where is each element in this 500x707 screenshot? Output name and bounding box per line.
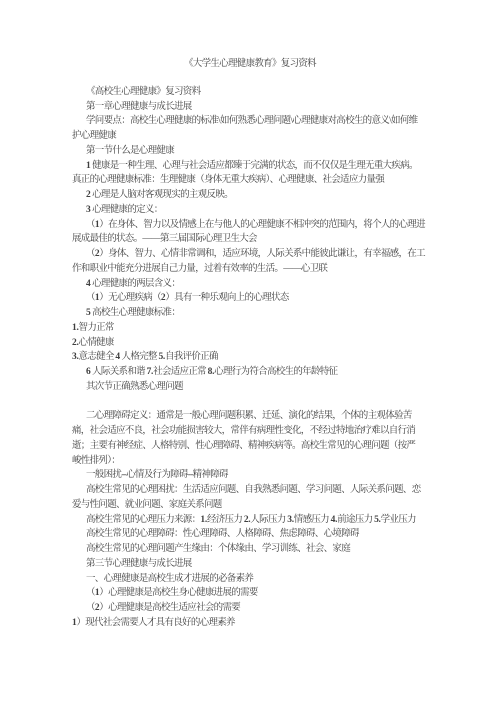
text-line: 峻性排列）： bbox=[72, 454, 438, 469]
text-line: 一般困扰--心情及行为障碍--精神障碍 bbox=[72, 468, 438, 483]
text-line: 第三节心理健康与成长进展 bbox=[72, 557, 438, 572]
text-line: 5 高校生心理健康标准： bbox=[72, 306, 438, 321]
text-line: （1）心理健康是高校生身心健康进展的需要 bbox=[72, 586, 438, 601]
text-line: 高校生常见的心理障碍：性心理障碍、人格障碍、焦虑障碍、心境障碍 bbox=[72, 527, 438, 542]
text-line: 3 心理健康的定义： bbox=[72, 203, 438, 218]
text-line: （1）在身体、智力以及情感上在与他人的心理健康不相冲突的范围内，将个人的心理进 bbox=[72, 218, 438, 233]
text-line: 1）现代社会需要人才具有良好的心理素养 bbox=[72, 616, 438, 631]
text-line: （2）身体、智力、心情非常调和，适应环境，人际关系中能彼此谦让，有幸福感，在工 bbox=[72, 247, 438, 262]
text-line: 护心理健康 bbox=[72, 129, 438, 144]
text-line: 2 心理是人脑对客观现实的主观反映。 bbox=[72, 188, 438, 203]
document-page: 《大学生心理健康教育》复习资料 《高校生心理健康》复习资料第一章心理健康与成长进… bbox=[0, 0, 500, 707]
text-line: 1.智力正常 bbox=[72, 321, 438, 336]
text-line: 6 人际关系和谐 7.社会适应正常 8.心理行为符合高校生的年龄特征 bbox=[72, 365, 438, 380]
text-line: 4 心理健康的两层含义： bbox=[72, 277, 438, 292]
text-line: 高校生常见的心理压力来源：1.经济压力 2.人际压力 3.情感压力 4.前途压力… bbox=[72, 513, 438, 528]
text-line: 其次节正确熟悉心理问题 bbox=[72, 380, 438, 395]
text-line: 一、心理健康是高校生成才进展的必备素养 bbox=[72, 572, 438, 587]
text-line: 3.意志健全 4 人格完整 5.自我评价正确 bbox=[72, 350, 438, 365]
text-line: 二心理障碍定义：通常是一般心理问题积累、迁延、演化的结果，个体的主观体验苦 bbox=[72, 409, 438, 424]
text-line: 高校生常见的心理困扰：生活适应问题、自我熟悉问题、学习问题、人际关系问题、恋 bbox=[72, 483, 438, 498]
text-line: 第一章心理健康与成长进展 bbox=[72, 100, 438, 115]
text-line: 逝；主要有神经症、人格特别、性心理障碍、精神疾病等。高校生常见的心理问题（按严 bbox=[72, 439, 438, 454]
blank-line bbox=[72, 395, 438, 410]
text-line: 第一节什么是心理健康 bbox=[72, 144, 438, 159]
text-line: 展成最佳的状态。——第三届国际心理卫生大会 bbox=[72, 232, 438, 247]
text-line: 学问要点：高校生心理健康的标准\如何熟悉心理问题\心理健康对高校生的意义\如何维 bbox=[72, 114, 438, 129]
text-line: （1）无心理疾病（2）具有一种乐观向上的心理状态 bbox=[72, 291, 438, 306]
text-line: 痛，社会适应不良，社会功能损害较大，常伴有病理性变化，不经过特地治疗难以自行消 bbox=[72, 424, 438, 439]
text-line: 2.心情健康 bbox=[72, 336, 438, 351]
text-line: 高校生常见的心理问题产生缘由：个体缘由、学习训练、社会、家庭 bbox=[72, 542, 438, 557]
text-line: 1 健康是一种生理、心理与社会适应都臻于完满的状态，而不仅仅是生理无重大疾病。 bbox=[72, 159, 438, 174]
text-line: 爱与性问题、就业问题、家庭关系问题 bbox=[72, 498, 438, 513]
document-body: 《高校生心理健康》复习资料第一章心理健康与成长进展学问要点：高校生心理健康的标准… bbox=[72, 85, 438, 631]
text-line: 作和职业中能充分进展自己力量，过着有效率的生活。——心卫联 bbox=[72, 262, 438, 277]
text-line: 《高校生心理健康》复习资料 bbox=[72, 85, 438, 100]
text-line: （2）心理健康是高校生适应社会的需要 bbox=[72, 601, 438, 616]
text-line: 真正的心理健康标准：生理健康（身体无重大疾病）、心理健康、社会适应力量强 bbox=[72, 173, 438, 188]
document-title: 《大学生心理健康教育》复习资料 bbox=[0, 0, 500, 72]
